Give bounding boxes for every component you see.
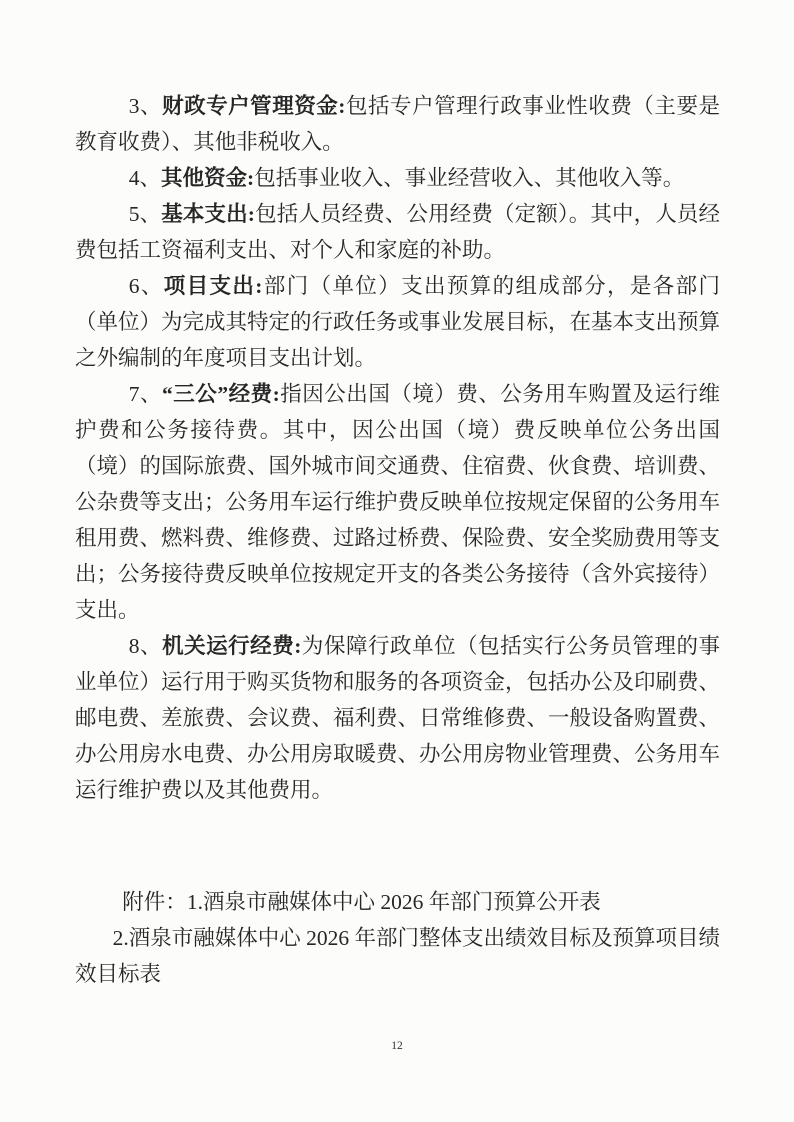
term-label: 基本支出:	[161, 202, 255, 226]
definition-text: 包括事业收入、事业经营收入、其他收入等。	[254, 166, 684, 190]
definition-paragraph-7: 7、“三公”经费:指因公出国（境）费、公务用车购置及运行维护费和公务接待费。其中…	[75, 376, 720, 628]
definition-paragraph-5: 5、基本支出:包括人员经费、公用经费（定额）。其中，人员经费包括工资福利支出、对…	[75, 196, 720, 268]
page-content: 3、财政专户管理资金:包括专户管理行政事业性收费（主要是教育收费）、其他非税收入…	[75, 88, 720, 992]
attachments-label: 附件：	[122, 890, 187, 914]
item-number: 6、	[129, 274, 164, 298]
page-number: 12	[0, 1040, 794, 1052]
term-label: 财政专户管理资金:	[162, 94, 345, 118]
definition-text: 为保障行政单位（包括实行公务员管理的事业单位）运行用于购买货物和服务的各项资金，…	[75, 634, 720, 802]
definition-paragraph-8: 8、机关运行经费:为保障行政单位（包括实行公务员管理的事业单位）运行用于购买货物…	[75, 628, 720, 808]
attachment-item-2: 2.酒泉市融媒体中心 2026 年部门整体支出绩效目标及预算项目绩效目标表	[75, 920, 720, 992]
document-page: 3、财政专户管理资金:包括专户管理行政事业性收费（主要是教育收费）、其他非税收入…	[0, 0, 794, 1122]
definition-text: 指因公出国（境）费、公务用车购置及运行维护费和公务接待费。其中，因公出国（境）费…	[75, 382, 720, 622]
attachments-section: 附件：1.酒泉市融媒体中心 2026 年部门预算公开表 2.酒泉市融媒体中心 2…	[75, 884, 720, 992]
term-label: 项目支出:	[164, 274, 263, 298]
term-label: 其他资金:	[161, 166, 254, 190]
definition-paragraph-3: 3、财政专户管理资金:包括专户管理行政事业性收费（主要是教育收费）、其他非税收入…	[75, 88, 720, 160]
attachment-item-1: 1.酒泉市融媒体中心 2026 年部门预算公开表	[187, 890, 601, 914]
attachment-line-1: 附件：1.酒泉市融媒体中心 2026 年部门预算公开表	[75, 884, 720, 920]
definition-paragraph-6: 6、项目支出:部门（单位）支出预算的组成部分，是各部门（单位）为完成其特定的行政…	[75, 268, 720, 376]
term-label: 机关运行经费:	[162, 634, 301, 658]
item-number: 5、	[129, 202, 162, 226]
item-number: 7、	[129, 382, 162, 406]
item-number: 4、	[129, 166, 161, 190]
item-number: 3、	[129, 94, 162, 118]
definition-paragraph-4: 4、其他资金:包括事业收入、事业经营收入、其他收入等。	[75, 160, 720, 196]
item-number: 8、	[129, 634, 162, 658]
term-label: “三公”经费:	[162, 382, 280, 406]
